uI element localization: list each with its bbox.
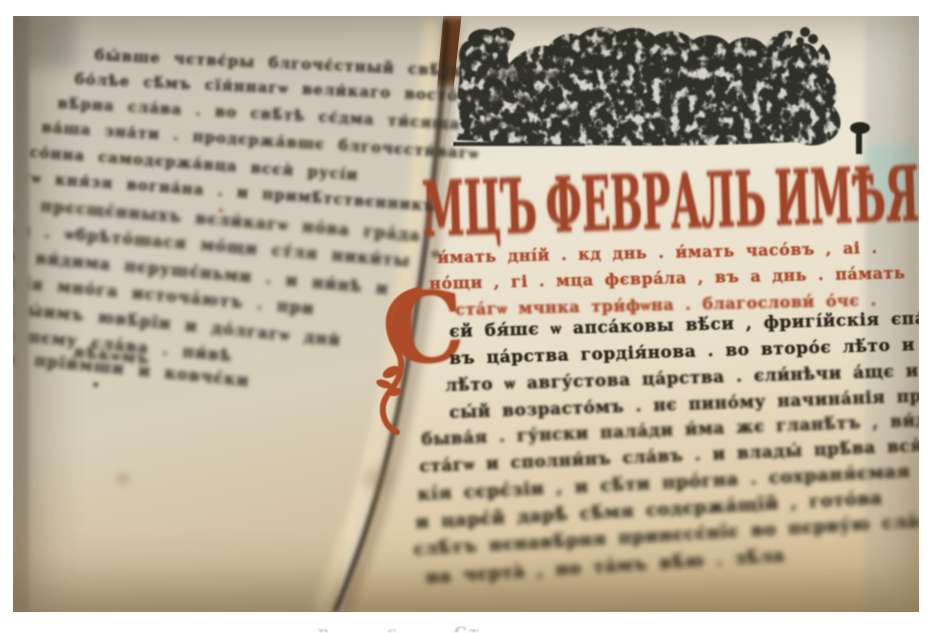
top-left-shadow xyxy=(13,16,75,68)
left-page-edge xyxy=(13,16,29,612)
ink-blot xyxy=(431,250,440,258)
book-photo: МЦЪ ФЕВРАЛЬ ИМѢЯИ ДНІИ КИ и́мать дні́й .… xyxy=(13,16,919,612)
paper-stain xyxy=(117,474,129,484)
red-ink-speck xyxy=(218,208,224,213)
left-page-end-mark: · xyxy=(91,372,102,399)
cropped-caption-remnant: в с Ст xyxy=(318,623,678,632)
paper-stain xyxy=(363,468,391,490)
